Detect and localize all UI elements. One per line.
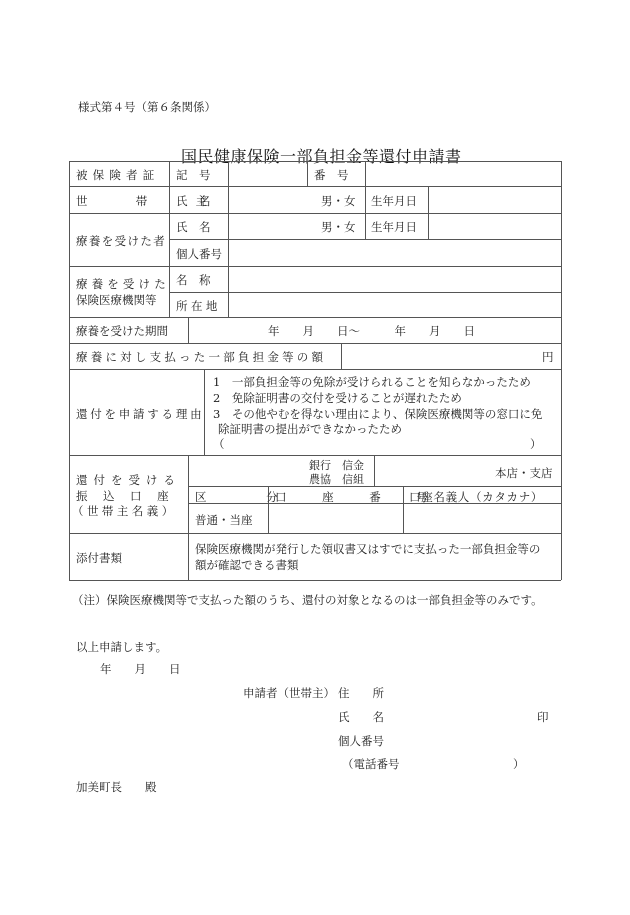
reason-option-2[interactable]: 2 免除証明書の交付を受けることが遅れたため <box>213 390 462 406</box>
account-type-label: 区 分 <box>195 489 265 505</box>
note: （注）保険医療機関等で支払った額のうち、還付の対象となるのは一部負担金等のみです… <box>72 592 543 608</box>
seal-mark: 印 <box>537 709 549 725</box>
householder-sex-option[interactable]: 男・女 <box>321 193 356 209</box>
applicant-label: 申請者（世帯主） <box>243 685 335 701</box>
symbol-label: 記 号 <box>176 167 223 183</box>
account-holder-label: 口座名義人（カタカナ） <box>409 489 543 505</box>
patient-birth-label: 生年月日 <box>371 219 417 235</box>
amount-label: 療養に対し支払った一部負担金等の額 <box>76 349 326 365</box>
insurance-card-label: 被保険者証 <box>76 167 159 183</box>
householder-birth-field[interactable] <box>429 187 560 212</box>
bank-types-line2[interactable]: 農協 信組 <box>309 471 364 487</box>
attachments-line1: 保険医療機関が発行した領収書又はすでに支払った一部負担金等の <box>195 541 540 557</box>
patient-sex-option[interactable]: 男・女 <box>321 219 356 235</box>
account-label-line1: 還付を受ける <box>76 472 181 488</box>
declaration: 以上申請します。 <box>76 639 167 655</box>
householder-name-field[interactable] <box>229 187 319 212</box>
householder-birth-label: 生年月日 <box>371 193 417 209</box>
reason-paren-close: ） <box>530 436 542 452</box>
patient-id-field[interactable] <box>229 240 560 265</box>
phone-label: （電話番号 <box>342 756 400 772</box>
number-label: 番 号 <box>314 167 349 183</box>
application-date[interactable]: 年 月 日 <box>100 661 181 677</box>
reason-option-3[interactable]: 3 その他やむを得ない理由により、保険医療機関等の窓口に免 <box>213 406 542 422</box>
patient-label: 療養を受けた者 <box>76 233 166 249</box>
symbol-field[interactable] <box>229 162 306 185</box>
attachments-line2: 額が確認できる書類 <box>195 557 299 573</box>
account-number-field[interactable] <box>269 504 402 532</box>
period-field[interactable]: 年 月 日～ 年 月 日 <box>268 323 475 339</box>
phone-close: ） <box>513 756 525 772</box>
institution-label-line2: 保険医療機関等 <box>76 292 157 308</box>
reason-option-1[interactable]: 1 一部負担金等の免除が受けられることを知らなかったため <box>213 374 531 390</box>
period-label: 療養を受けた期間 <box>76 323 168 339</box>
amount-unit: 円 <box>542 349 554 365</box>
institution-name-label: 名 称 <box>176 272 211 288</box>
account-holder-field[interactable] <box>404 504 560 532</box>
patient-birth-field[interactable] <box>429 214 560 238</box>
number-field[interactable] <box>366 162 560 185</box>
patient-name-label: 氏 名 <box>176 219 211 235</box>
householder-name-label: 氏 名 <box>176 193 211 209</box>
addressee: 加美町長 殿 <box>76 779 157 795</box>
patient-id-label: 個人番号 <box>176 246 222 262</box>
patient-name-field[interactable] <box>229 214 319 238</box>
reason-paren-open: （ <box>213 436 225 452</box>
applicant-name-label: 氏 名 <box>338 709 384 725</box>
form-number: 様式第４号（第６条関係） <box>78 99 216 115</box>
institution-address-label: 所在地 <box>176 298 221 314</box>
institution-address-field[interactable] <box>229 293 560 316</box>
account-type-option[interactable]: 普通・当座 <box>195 512 253 528</box>
reason-label: 還付を申請する理由 <box>76 406 204 422</box>
attachments-label: 添付書類 <box>76 550 122 566</box>
account-label-line2: 振込口座 <box>76 488 184 504</box>
institution-name-field[interactable] <box>229 267 560 291</box>
institution-label-line1: 療養を受けた <box>76 276 170 292</box>
reason-option-3-cont: 除証明書の提出ができなかったため <box>218 421 402 437</box>
branch-types[interactable]: 本店・支店 <box>495 465 553 481</box>
applicant-address-label: 住 所 <box>338 685 384 701</box>
reason-other-field[interactable] <box>228 436 528 452</box>
amount-field[interactable] <box>342 344 542 368</box>
account-label-line3: （世帯主名義） <box>72 503 177 519</box>
applicant-id-label: 個人番号 <box>338 733 384 749</box>
